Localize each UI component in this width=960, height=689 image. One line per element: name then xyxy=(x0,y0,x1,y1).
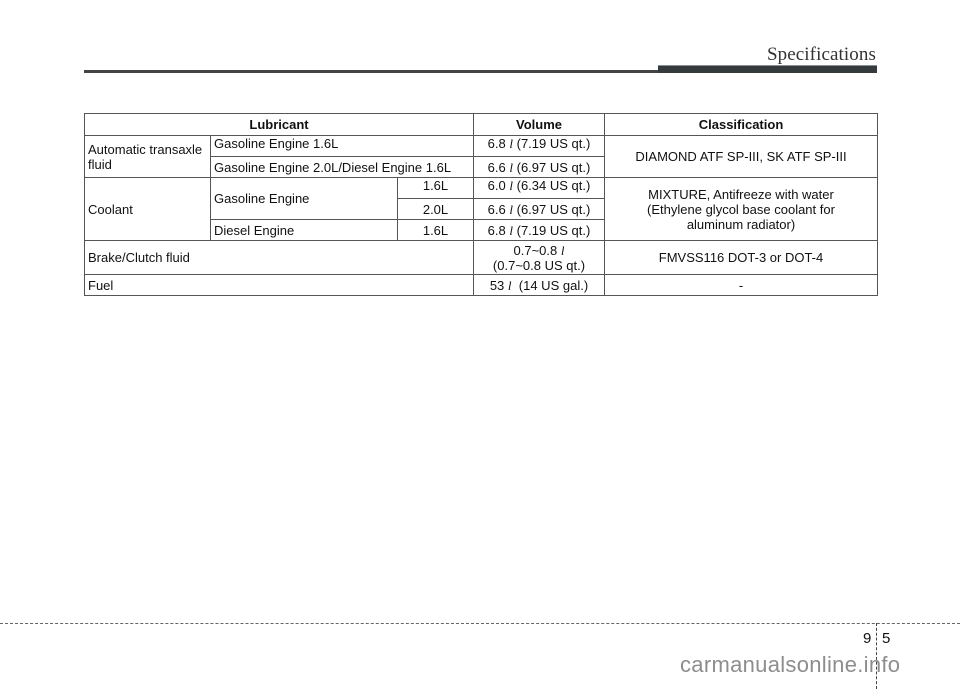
atf-classification: DIAMOND ATF SP-III, SK ATF SP-III xyxy=(605,136,878,178)
table-row: Automatic transaxle fluid Gasoline Engin… xyxy=(85,136,878,157)
lubricant-coolant: Coolant xyxy=(85,178,211,241)
table-row: Fuel 53 l (14 US gal.) - xyxy=(85,275,878,296)
header-rule-accent xyxy=(658,65,877,73)
coolant-classification: MIXTURE, Antifreeze with water (Ethylene… xyxy=(605,178,878,241)
coolant-size-2: 2.0L xyxy=(398,199,474,220)
fuel-volume: 53 l (14 US gal.) xyxy=(474,275,605,296)
lubricant-atf: Automatic transaxle fluid xyxy=(85,136,211,178)
page-number: 5 xyxy=(882,630,890,647)
table-row: Brake/Clutch fluid 0.7~0.8 l (0.7~0.8 US… xyxy=(85,241,878,275)
lubricant-fuel: Fuel xyxy=(85,275,474,296)
coolant-size-3: 1.6L xyxy=(398,220,474,241)
coolant-volume-1: 6.0 l (6.34 US qt.) xyxy=(474,178,605,199)
table-row: Coolant Gasoline Engine 1.6L 6.0 l (6.34… xyxy=(85,178,878,199)
atf-engine-2: Gasoline Engine 2.0L/Diesel Engine 1.6L xyxy=(211,157,474,178)
chapter-number: 9 xyxy=(863,630,871,647)
coolant-engine-gasoline: Gasoline Engine xyxy=(211,178,398,220)
header-rule xyxy=(84,70,659,73)
coolant-volume-2: 6.6 l (6.97 US qt.) xyxy=(474,199,605,220)
column-header-lubricant: Lubricant xyxy=(85,114,474,136)
table-header-row: Lubricant Volume Classification xyxy=(85,114,878,136)
atf-volume-1: 6.8 l (7.19 US qt.) xyxy=(474,136,605,157)
lubricant-spec-table: Lubricant Volume Classification Automati… xyxy=(84,113,878,296)
coolant-volume-3: 6.8 l (7.19 US qt.) xyxy=(474,220,605,241)
coolant-size-1: 1.6L xyxy=(398,178,474,199)
watermark: carmanualsonline.info xyxy=(680,652,900,678)
footer-rule xyxy=(0,623,960,624)
lubricant-brake: Brake/Clutch fluid xyxy=(85,241,474,275)
column-header-classification: Classification xyxy=(605,114,878,136)
fuel-classification: - xyxy=(605,275,878,296)
atf-engine-1: Gasoline Engine 1.6L xyxy=(211,136,474,157)
brake-volume: 0.7~0.8 l (0.7~0.8 US qt.) xyxy=(474,241,605,275)
atf-volume-2: 6.6 l (6.97 US qt.) xyxy=(474,157,605,178)
brake-classification: FMVSS116 DOT-3 or DOT-4 xyxy=(605,241,878,275)
section-title: Specifications xyxy=(767,44,876,66)
coolant-engine-diesel: Diesel Engine xyxy=(211,220,398,241)
column-header-volume: Volume xyxy=(474,114,605,136)
